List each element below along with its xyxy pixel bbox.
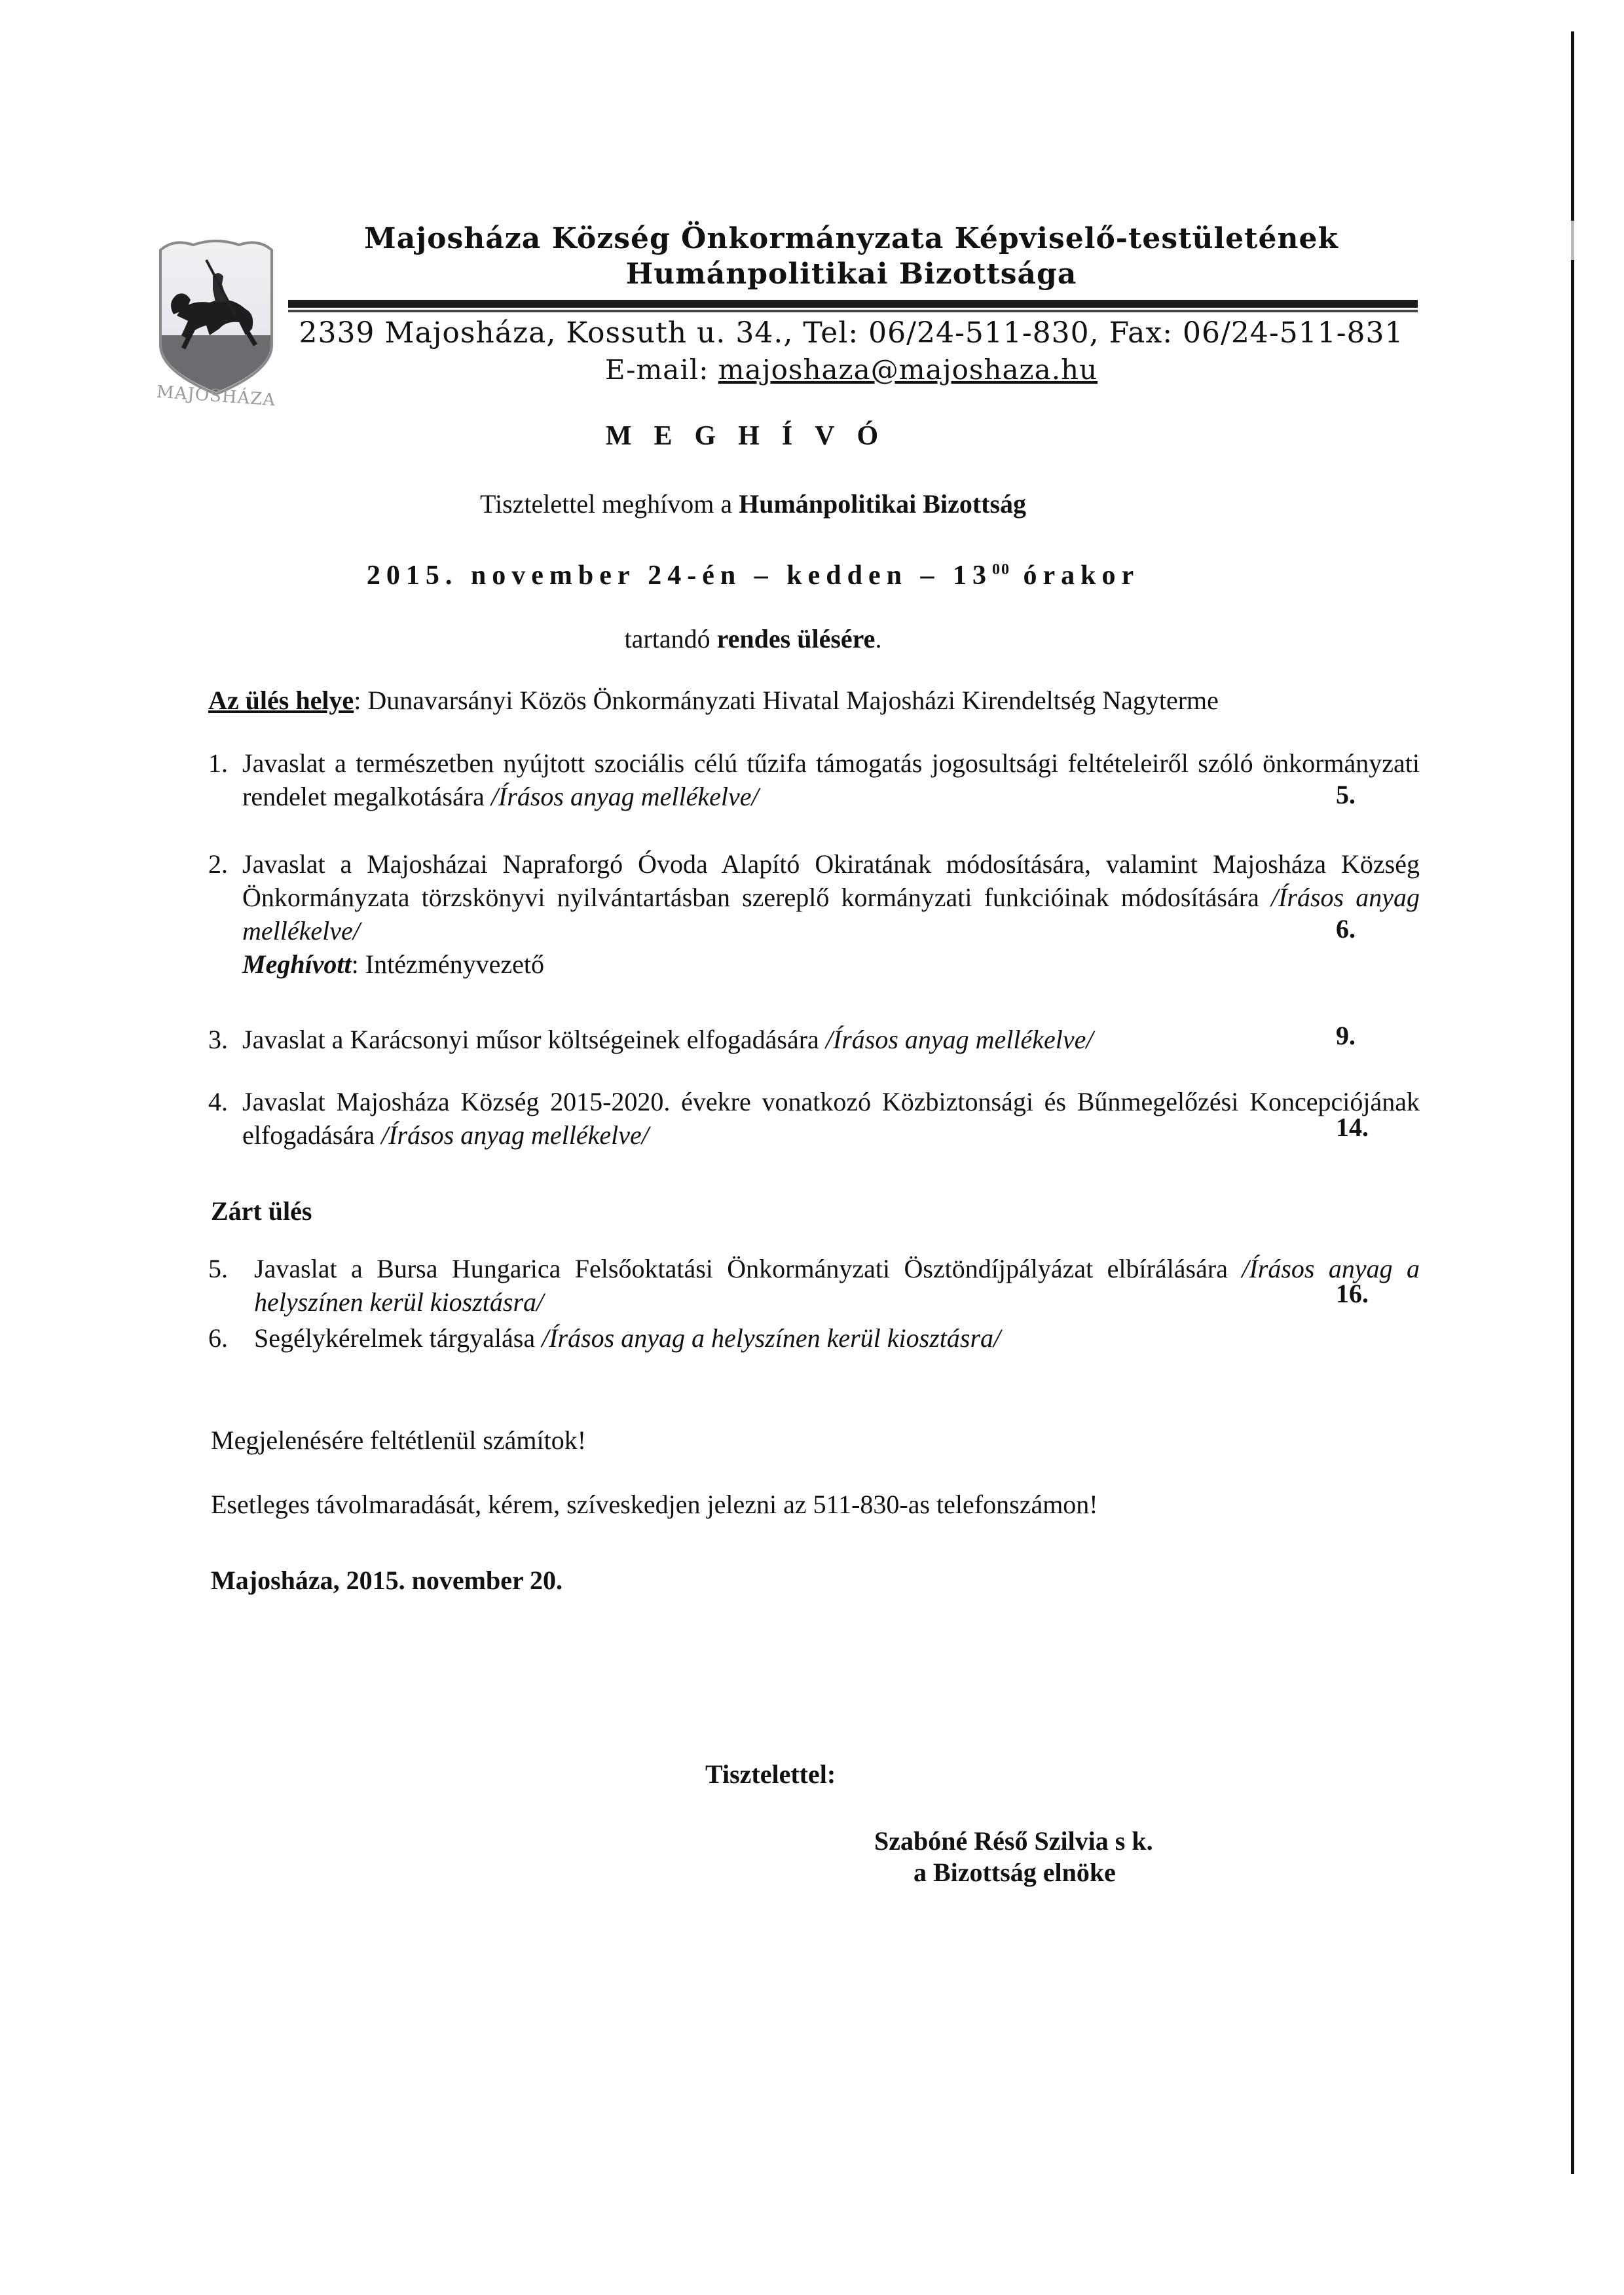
agenda-item-text: Javaslat a természetben nyújtott szociál… (242, 746, 1420, 813)
scan-edge-line (1571, 31, 1574, 2174)
org-name: Majosháza Község Önkormányzata Képviselő… (288, 221, 1414, 257)
meeting-date: 2015. november 24-én – kedden – 13 (367, 560, 992, 591)
meeting-datetime: 2015. november 24-én – kedden – 1300 óra… (0, 550, 1506, 595)
closing-absence-note: Esetleges távolmaradását, kérem, szívesk… (211, 1486, 1098, 1523)
letterhead-rule (288, 300, 1418, 308)
agenda-item-text: Segélykérelmek tárgyalása /Írásos anyag … (254, 1321, 1420, 1355)
invited-label: Meghívott (242, 949, 352, 979)
agenda-item-page: 9. (1336, 1020, 1356, 1051)
meeting-type-end: . (875, 624, 881, 653)
email-link[interactable]: majoshaza@majoshaza.hu (718, 354, 1098, 386)
agenda-item-title: Javaslat a természetben nyújtott szociál… (242, 748, 1420, 811)
venue-separator: : (354, 686, 367, 715)
agenda-item-text: Javaslat Majosháza Község 2015-2020. éve… (242, 1085, 1420, 1152)
agenda-item-page: 5. (1336, 779, 1356, 810)
agenda-item-text: Javaslat a Bursa Hungarica Felsőoktatási… (254, 1252, 1420, 1319)
agenda-item-number: 3. (208, 1023, 241, 1056)
agenda-item-number: 6. (208, 1321, 241, 1355)
letterhead-email-line: E-mail: majoshaza@majoshaza.hu (288, 352, 1414, 388)
agenda-item-invited: Meghívott: Intézményvezető (242, 947, 1420, 981)
coat-of-arms-horseman-icon: MAJOSHÁZA (147, 237, 285, 417)
agenda-item-number: 5. (208, 1252, 241, 1285)
meeting-time-suffix: órakor (1010, 560, 1139, 591)
meeting-time-minutes: 00 (992, 561, 1010, 578)
agenda-item-note: /Írásos anyag a helyszínen kerül kiosztá… (542, 1323, 1001, 1353)
agenda-item: 2. Javaslat a Majosházai Napraforgó Óvod… (208, 847, 1420, 981)
agenda-item-number: 4. (208, 1085, 241, 1118)
closing-expectation: Megjelenésére feltétlenül számítok! (211, 1422, 586, 1459)
committee-name: Humánpolitikai Bizottsága (288, 257, 1414, 292)
agenda-item-number: 2. (208, 847, 241, 881)
closed-agenda-item: 5. Javaslat a Bursa Hungarica Felsőoktat… (208, 1252, 1420, 1319)
agenda-item-title: Javaslat a Bursa Hungarica Felsőoktatási… (254, 1254, 1242, 1283)
venue-value: Dunavarsányi Közös Önkormányzati Hivatal… (367, 686, 1219, 715)
document-title: MEGHÍVÓ (0, 416, 1506, 456)
meeting-venue: Az ülés helye: Dunavarsányi Közös Önkorm… (208, 682, 1452, 719)
agenda-item-text: Javaslat a Majosházai Napraforgó Óvoda A… (242, 847, 1420, 947)
agenda-item-note: /Írásos anyag mellékelve/ (381, 1120, 649, 1150)
agenda-item-text: Javaslat a Karácsonyi műsor költségeinek… (242, 1023, 1420, 1056)
agenda-item-page: 6. (1336, 913, 1356, 944)
agenda-item: 4. Javaslat Majosháza Község 2015-2020. … (208, 1085, 1420, 1152)
invitation-line: Tisztelettel meghívom a Humánpolitikai B… (0, 486, 1506, 523)
agenda-item-number: 1. (208, 746, 241, 780)
agenda-item: 3. Javaslat a Karácsonyi műsor költségei… (208, 1023, 1420, 1056)
invitation-prefix: Tisztelettel meghívom a (480, 489, 739, 519)
agenda-item-page: 16. (1336, 1278, 1369, 1309)
agenda-item-title: Javaslat a Majosházai Napraforgó Óvoda A… (242, 849, 1420, 912)
letterhead-rule-thin (288, 310, 1418, 312)
meeting-type-prefix: tartandó (625, 624, 717, 653)
venue-label: Az ülés helye (208, 686, 354, 715)
letterhead-title: Majosháza Község Önkormányzata Képviselő… (288, 221, 1414, 292)
meeting-type-line: tartandó rendes ülésére. (0, 621, 1506, 657)
agenda-item-note: /Írásos anyag mellékelve/ (491, 782, 759, 811)
meeting-type: rendes ülésére (717, 624, 876, 653)
closed-session-heading: Zárt ülés (211, 1193, 312, 1230)
agenda-item-title: Javaslat a Karácsonyi műsor költségeinek… (242, 1025, 826, 1054)
invitation-committee: Humánpolitikai Bizottság (739, 489, 1026, 519)
agenda-item-title: Segélykérelmek tárgyalása (254, 1323, 542, 1353)
signer-role: a Bizottság elnöke (913, 1857, 1116, 1888)
place-and-date: Majosháza, 2015. november 20. (211, 1562, 563, 1599)
agenda-item: 1. Javaslat a természetben nyújtott szoc… (208, 746, 1420, 813)
regards: Tisztelettel: (705, 1756, 836, 1793)
invited-value: : Intézményvezető (352, 949, 544, 979)
signer-name: Szabóné Réső Szilvia s k. (874, 1826, 1153, 1857)
agenda-item-page: 14. (1336, 1112, 1369, 1143)
agenda-item-note: /Írásos anyag mellékelve/ (826, 1025, 1094, 1054)
email-label: E-mail: (605, 354, 718, 386)
scan-edge-gap (1571, 221, 1574, 260)
letterhead-address: 2339 Majosháza, Kossuth u. 34., Tel: 06/… (288, 316, 1414, 351)
closed-agenda-item: 6. Segélykérelmek tárgyalása /Írásos any… (208, 1321, 1420, 1355)
